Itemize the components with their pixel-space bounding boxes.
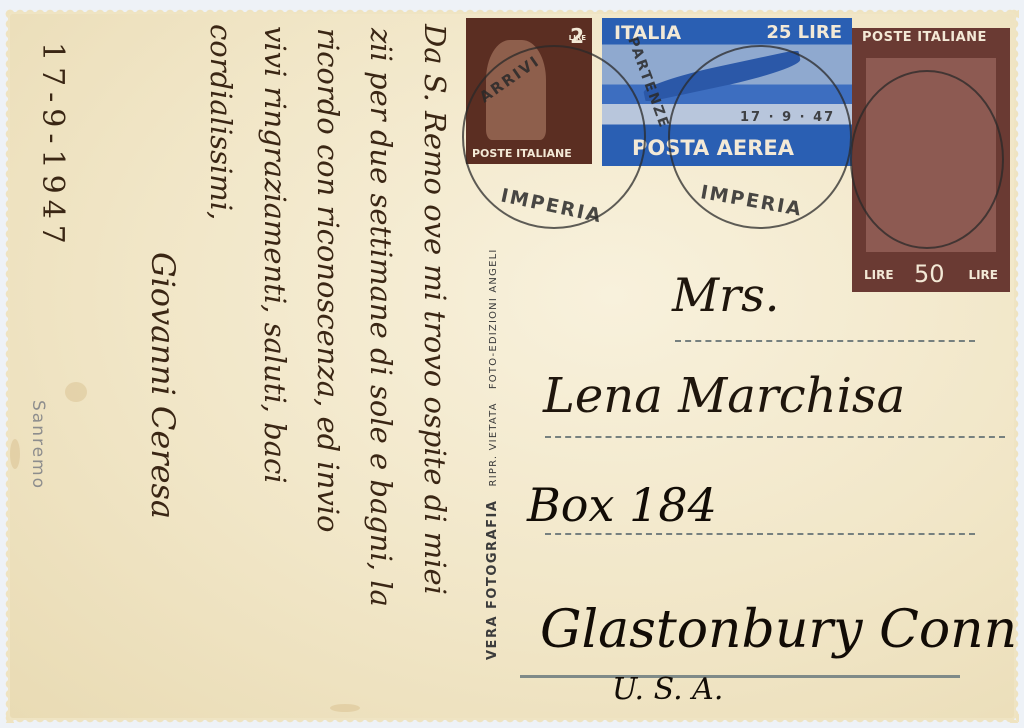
message-line-2: zii per due settimane di sole e bagni, l… bbox=[364, 28, 398, 607]
postmark-third bbox=[850, 70, 1004, 249]
stain bbox=[65, 382, 87, 402]
stamp-unit-right: LIRE bbox=[968, 268, 998, 282]
pencil-note: Sanremo bbox=[28, 400, 48, 490]
address-salutation: Mrs. bbox=[672, 268, 779, 322]
message-line-1: Da S. Remo ove mi trovo ospite di miei bbox=[418, 24, 452, 595]
message-line-3: ricordo con riconoscenza, ed invio bbox=[311, 28, 345, 533]
stamp-unit: LIRE bbox=[569, 34, 586, 42]
message-line-5: cordialissimi, bbox=[204, 24, 238, 220]
signature: Giovanni Ceresa bbox=[144, 252, 182, 519]
imprint-publisher: FOTO-EDIZIONI ANGELI bbox=[488, 248, 499, 389]
address-box: Box 184 bbox=[527, 478, 717, 532]
stamp-unit-left: LIRE bbox=[864, 268, 894, 282]
divider-imprint: VERA FOTOGRAFIA RIPR. VIETATA FOTO-EDIZI… bbox=[485, 248, 500, 660]
stamp-issuer: POSTE ITALIANE bbox=[862, 30, 987, 45]
stamp-value: 50 bbox=[914, 260, 945, 288]
stain bbox=[10, 439, 20, 469]
address-name: Lena Marchisa bbox=[543, 368, 905, 424]
message-line-4: vivi ringraziamenti, saluti, baci bbox=[258, 26, 292, 483]
imprint-main: VERA FOTOGRAFIA bbox=[485, 500, 500, 660]
address-line-3 bbox=[545, 533, 975, 535]
address-country: U. S. A. bbox=[612, 672, 723, 707]
date-written: 17-9-1947 bbox=[35, 42, 70, 250]
address-line-1 bbox=[675, 340, 975, 342]
address-line-4 bbox=[520, 675, 960, 678]
address-line-2 bbox=[545, 436, 1005, 438]
address-city: Glastonbury Conn bbox=[540, 600, 1017, 660]
stamp-value: 25 LIRE bbox=[766, 22, 842, 43]
postmark-date: 17 · 9 · 47 bbox=[740, 110, 835, 125]
imprint-rights: RIPR. VIETATA bbox=[488, 402, 499, 486]
stain bbox=[330, 704, 360, 712]
